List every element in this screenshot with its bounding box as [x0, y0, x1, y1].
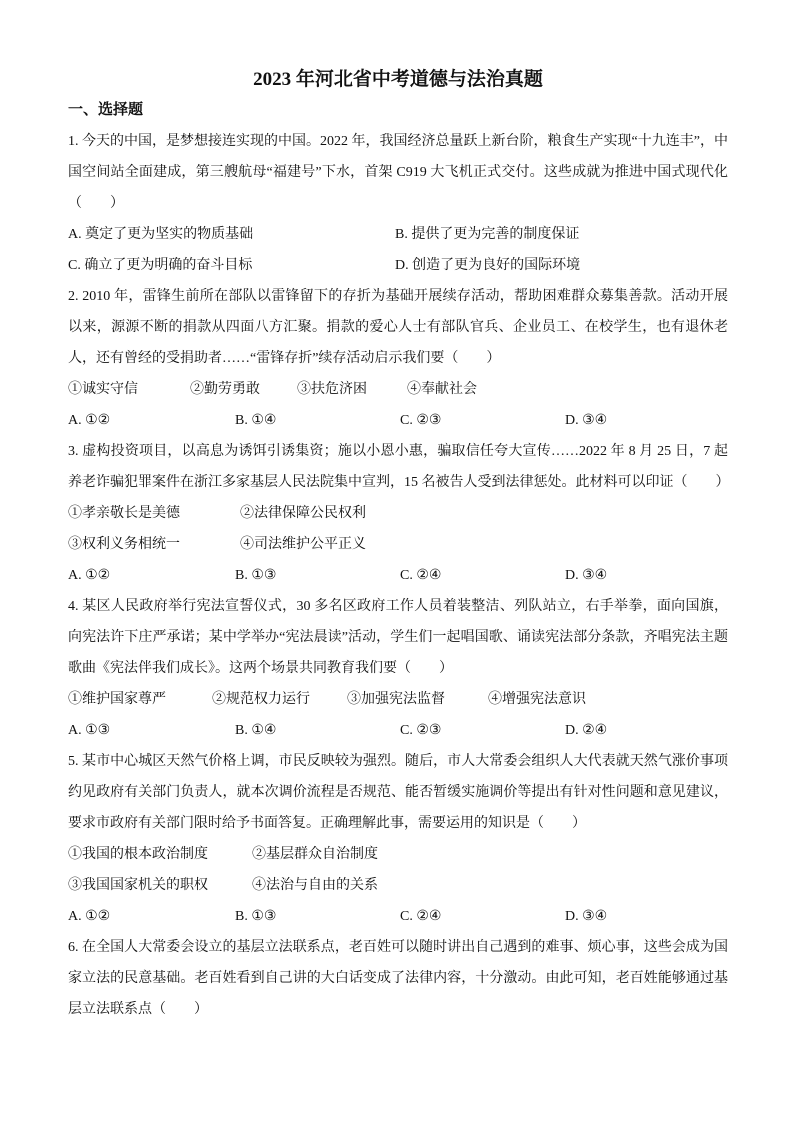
q3-item-4: ④司法维护公平正义 [240, 529, 366, 560]
q4-item-3: ③加强宪法监督 [347, 684, 488, 715]
q5-item-3: ③我国国家机关的职权 [68, 870, 252, 901]
question-5-options-row: A. ①② B. ①③ C. ②④ D. ③④ [68, 901, 728, 932]
q2-item-3: ③扶危济困 [297, 374, 407, 405]
question-1: 1. 今天的中国，是梦想接连实现的中国。2022 年，我国经济总量跃上新台阶，粮… [68, 126, 728, 281]
question-2: 2. 2010 年，雷锋生前所在部队以雷锋留下的存折为基础开展续存活动，帮助困难… [68, 281, 728, 436]
section-heading-multiple-choice: 一、选择题 [68, 95, 728, 126]
q2-item-4: ④奉献社会 [407, 374, 477, 405]
question-5-stem: 5. 某市中心城区天然气价格上调，市民反映较为强烈。随后，市人大常委会组织人大代… [68, 746, 728, 839]
q5-option-c: C. ②④ [400, 901, 565, 932]
q4-option-d: D. ②④ [565, 715, 607, 746]
q3-item-1: ①孝亲敬长是美德 [68, 498, 240, 529]
q2-item-2: ②勤劳勇敢 [190, 374, 297, 405]
q4-option-a: A. ①③ [68, 715, 235, 746]
q2-option-b: B. ①④ [235, 405, 400, 436]
q5-option-a: A. ①② [68, 901, 235, 932]
question-4-items-row: ①维护国家尊严 ②规范权力运行 ③加强宪法监督 ④增强宪法意识 [68, 684, 728, 715]
q4-option-b: B. ①④ [235, 715, 400, 746]
q4-item-4: ④增强宪法意识 [488, 684, 586, 715]
question-4: 4. 某区人民政府举行宪法宣誓仪式，30 多名区政府工作人员着装整洁、列队站立，… [68, 591, 728, 746]
question-3-items-row-1: ①孝亲敬长是美德 ②法律保障公民权利 [68, 498, 728, 529]
question-3: 3. 虚构投资项目，以高息为诱饵引诱集资；施以小恩小惠，骗取信任夸大宣传……20… [68, 436, 728, 591]
question-2-options-row: A. ①② B. ①④ C. ②③ D. ③④ [68, 405, 728, 436]
q1-option-a: A. 奠定了更为坚实的物质基础 [68, 219, 395, 250]
question-2-items-row: ①诚实守信 ②勤劳勇敢 ③扶危济困 ④奉献社会 [68, 374, 728, 405]
question-6-stem: 6. 在全国人大常委会设立的基层立法联系点，老百姓可以随时讲出自己遇到的难事、烦… [68, 932, 728, 1025]
q5-item-4: ④法治与自由的关系 [252, 870, 378, 901]
question-3-items-row-2: ③权利义务相统一 ④司法维护公平正义 [68, 529, 728, 560]
q3-option-c: C. ②④ [400, 560, 565, 591]
q2-option-d: D. ③④ [565, 405, 607, 436]
question-3-options-row: A. ①② B. ①③ C. ②④ D. ③④ [68, 560, 728, 591]
q4-option-c: C. ②③ [400, 715, 565, 746]
q1-option-b: B. 提供了更为完善的制度保证 [395, 219, 579, 250]
question-1-options-row-1: A. 奠定了更为坚实的物质基础 B. 提供了更为完善的制度保证 [68, 219, 728, 250]
q2-item-1: ①诚实守信 [68, 374, 190, 405]
q3-item-3: ③权利义务相统一 [68, 529, 240, 560]
q4-item-1: ①维护国家尊严 [68, 684, 212, 715]
question-5: 5. 某市中心城区天然气价格上调，市民反映较为强烈。随后，市人大常委会组织人大代… [68, 746, 728, 932]
document-title: 2023 年河北省中考道德与法治真题 [68, 64, 728, 95]
q5-option-d: D. ③④ [565, 901, 607, 932]
question-1-stem: 1. 今天的中国，是梦想接连实现的中国。2022 年，我国经济总量跃上新台阶，粮… [68, 126, 728, 219]
q3-option-b: B. ①③ [235, 560, 400, 591]
document-page: 2023 年河北省中考道德与法治真题 一、选择题 1. 今天的中国，是梦想接连实… [0, 0, 793, 1122]
question-4-stem: 4. 某区人民政府举行宪法宣誓仪式，30 多名区政府工作人员着装整洁、列队站立，… [68, 591, 728, 684]
q2-option-a: A. ①② [68, 405, 235, 436]
question-3-stem: 3. 虚构投资项目，以高息为诱饵引诱集资；施以小恩小惠，骗取信任夸大宣传……20… [68, 436, 728, 498]
q2-option-c: C. ②③ [400, 405, 565, 436]
q3-option-d: D. ③④ [565, 560, 607, 591]
q3-option-a: A. ①② [68, 560, 235, 591]
question-5-items-row-1: ①我国的根本政治制度 ②基层群众自治制度 [68, 839, 728, 870]
question-5-items-row-2: ③我国国家机关的职权 ④法治与自由的关系 [68, 870, 728, 901]
q5-item-2: ②基层群众自治制度 [252, 839, 378, 870]
q5-option-b: B. ①③ [235, 901, 400, 932]
question-4-options-row: A. ①③ B. ①④ C. ②③ D. ②④ [68, 715, 728, 746]
q1-option-d: D. 创造了更为良好的国际环境 [395, 250, 580, 281]
question-2-stem: 2. 2010 年，雷锋生前所在部队以雷锋留下的存折为基础开展续存活动，帮助困难… [68, 281, 728, 374]
question-6: 6. 在全国人大常委会设立的基层立法联系点，老百姓可以随时讲出自己遇到的难事、烦… [68, 932, 728, 1025]
q3-item-2: ②法律保障公民权利 [240, 498, 366, 529]
q1-option-c: C. 确立了更为明确的奋斗目标 [68, 250, 395, 281]
question-1-options-row-2: C. 确立了更为明确的奋斗目标 D. 创造了更为良好的国际环境 [68, 250, 728, 281]
q4-item-2: ②规范权力运行 [212, 684, 347, 715]
q5-item-1: ①我国的根本政治制度 [68, 839, 252, 870]
